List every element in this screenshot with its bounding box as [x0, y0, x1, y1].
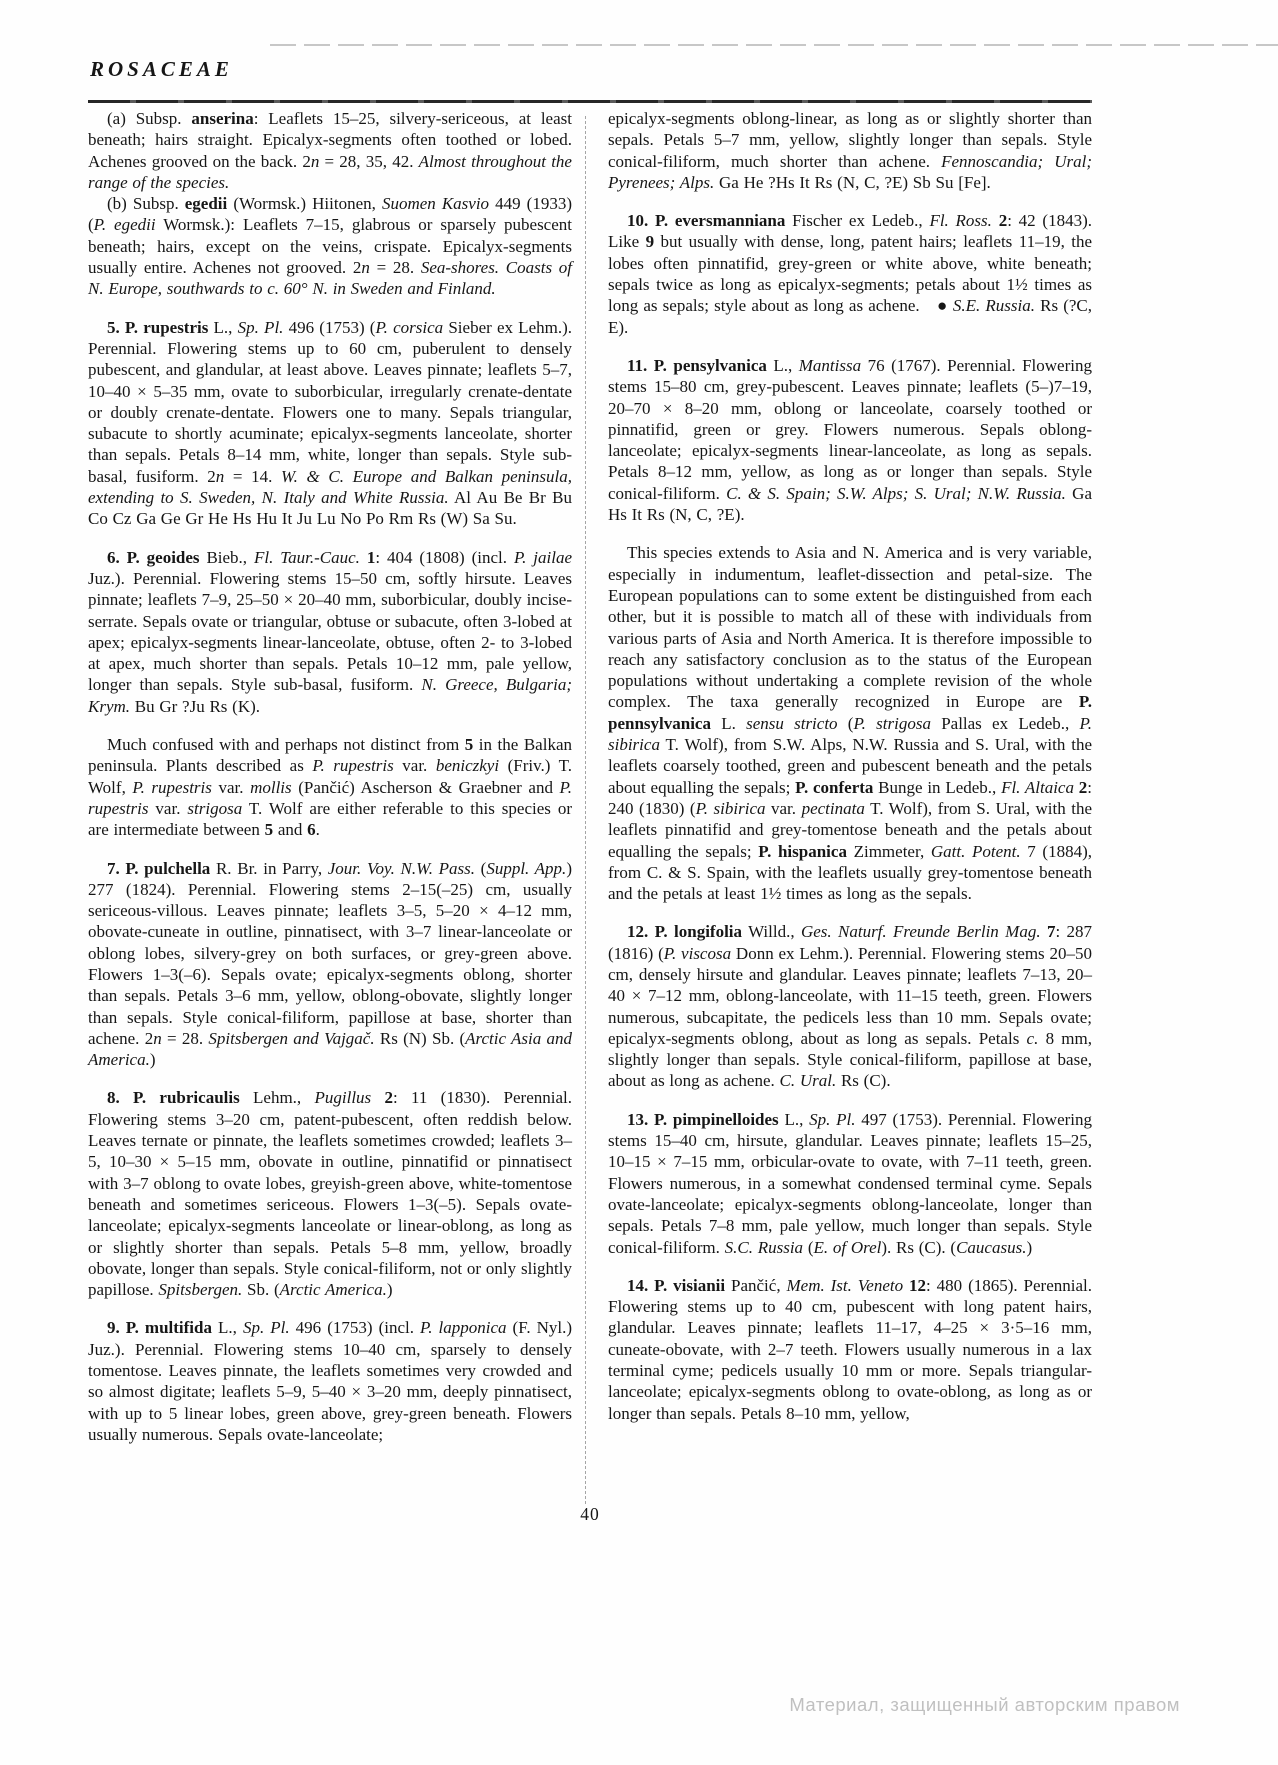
species-entry-5: 5. P. rupestris L., Sp. Pl. 496 (1753) (… — [88, 317, 572, 530]
copyright-watermark: Материал, защищенный авторским правом — [789, 1694, 1180, 1716]
species-entry-8: 8. P. rubricaulis Lehm., Pugillus 2: 11 … — [88, 1087, 572, 1300]
header-rule — [88, 100, 1092, 103]
species-entry-13: 13. P. pimpinelloides L., Sp. Pl. 497 (1… — [608, 1109, 1092, 1258]
species-entry-11: 11. P. pensylvanica L., Mantissa 76 (176… — [608, 355, 1092, 525]
book-page: ROSACEAE (a) Subsp. anserina: Leaflets 1… — [0, 0, 1278, 1765]
page-number: 40 — [88, 1504, 1092, 1525]
taxonomic-note-paragraph: Much confused with and perhaps not disti… — [88, 734, 572, 840]
subspecies-a-paragraph: (a) Subsp. anserina: Leaflets 15–25, sil… — [88, 108, 572, 193]
species-entry-10: 10. P. eversmanniana Fischer ex Ledeb., … — [608, 210, 1092, 338]
subspecies-b-paragraph: (b) Subsp. egedii (Wormsk.) Hiitonen, Su… — [88, 193, 572, 299]
left-column: (a) Subsp. anserina: Leaflets 15–25, sil… — [88, 108, 572, 1445]
variability-note-paragraph: This species extends to Asia and N. Amer… — [608, 542, 1092, 904]
right-column: epicalyx-segments oblong-linear, as long… — [608, 108, 1092, 1424]
running-head: ROSACEAE — [90, 57, 233, 82]
species-entry-6: 6. P. geoides Bieb., Fl. Taur.-Cauc. 1: … — [88, 547, 572, 717]
column-divider-rule — [585, 116, 586, 1504]
species-entry-14: 14. P. visianii Pančić, Mem. Ist. Veneto… — [608, 1275, 1092, 1424]
species-entry-9-continued: epicalyx-segments oblong-linear, as long… — [608, 108, 1092, 193]
scan-edge-artifact — [270, 44, 1278, 46]
species-entry-7: 7. P. pulchella R. Br. in Parry, Jour. V… — [88, 858, 572, 1071]
species-entry-12: 12. P. longifolia Willd., Ges. Naturf. F… — [608, 921, 1092, 1091]
species-entry-9: 9. P. multifida L., Sp. Pl. 496 (1753) (… — [88, 1317, 572, 1445]
